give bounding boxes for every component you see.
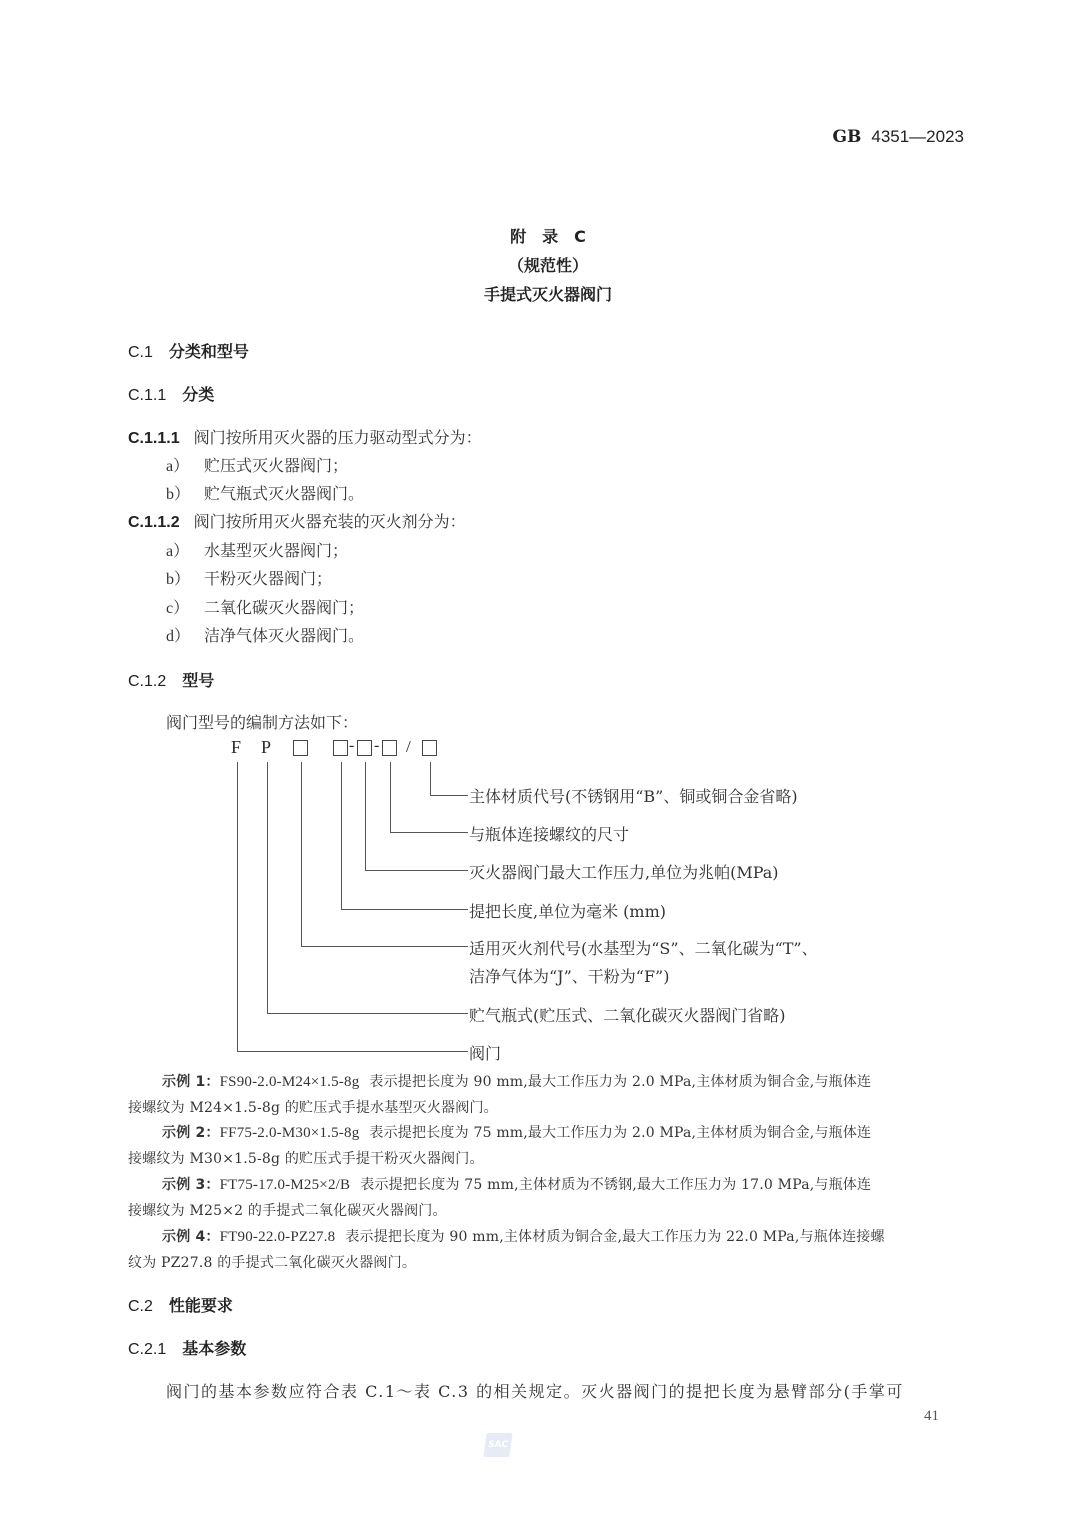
separator: / [406,737,411,757]
section-heading-c1: C.1分类和型号 [128,339,249,362]
example-3-line-1: 示例 3：FT75-17.0-M25×2/B表示提把长度为 75 mm,主体材质… [162,1174,871,1194]
diagram-label-valve: 阀门 [469,1041,501,1064]
clause-c1-1-2: C.1.1.2阀门按所用灭火器充装的灭火剂分为： [128,509,466,532]
annex-name: 手提式灭火器阀门 [0,282,1080,305]
diagram-label-thread: 与瓶体连接螺纹的尺寸 [469,822,629,845]
diagram-label-cartridge: 贮气瓶式(贮压式、二氧化碳灭火器阀门省略) [469,1003,786,1026]
connector-line [341,909,468,910]
connector-line [341,762,342,910]
clause-c2-1-text: 阀门的基本参数应符合表 C.1～表 C.3 的相关规定。灭火器阀门的提把长度为悬… [166,1379,904,1402]
connector-line [301,762,302,947]
example-4-line-1: 示例 4：FT90-22.0-PZ27.8表示提把长度为 90 mm,主体材质为… [162,1226,885,1246]
connector-line [237,762,238,1052]
page-number: 41 [924,1408,939,1425]
standard-prefix: GB [832,127,861,147]
annex-nature: （规范性） [0,253,1080,276]
clause-c1-1-1: C.1.1.1阀门按所用灭火器的压力驱动型式分为： [128,425,482,448]
section-heading-c1-1: C.1.1分类 [128,382,214,405]
section-heading-c2: C.2性能要求 [128,1293,233,1316]
separator: - [349,737,354,755]
sac-logo-icon: SAC [483,1433,512,1457]
diagram-label-material: 主体材质代号(不锈钢用“B”、铜或铜合金省略) [469,784,798,807]
section-heading-c1-2: C.1.2型号 [128,668,214,691]
list-item: a）贮压式灭火器阀门； [166,453,348,476]
connector-line [237,1051,468,1052]
diagram-label-agent-code: 适用灭火剂代号(水基型为“S”、二氧化碳为“T”、 [469,936,818,959]
placeholder-box [422,740,437,759]
standard-number: 4351—2023 [871,127,964,146]
annex-title: 附 录 C [0,224,1080,247]
list-item: b）贮气瓶式灭火器阀门。 [166,481,364,504]
placeholder-box [293,740,308,759]
diagram-label-pressure: 灭火器阀门最大工作压力,单位为兆帕(MPa) [469,860,779,883]
connector-line [365,762,366,871]
separator: - [374,737,379,755]
connector-line [365,870,468,871]
letter-f: F [231,737,241,758]
connector-line [430,762,431,796]
placeholder-box [357,740,372,759]
list-item: b）干粉灭火器阀门； [166,566,332,589]
model-intro: 阀门型号的编制方法如下： [166,710,358,733]
example-4-line-2: 纹为 PZ27.8 的手提式二氧化碳灭火器阀门。 [128,1252,416,1272]
list-item: c）二氧化碳灭火器阀门； [166,595,364,618]
list-item: a）水基型灭火器阀门； [166,538,348,561]
example-1-line-1: 示例 1：FS90-2.0-M24×1.5-8g表示提把长度为 90 mm,最大… [162,1071,871,1091]
connector-line [267,1013,468,1014]
diagram-label-agent-code-cont: 洁净气体为“J”、干粉为“F”) [469,964,669,987]
connector-line [430,795,468,796]
placeholder-box [333,740,348,759]
example-3-line-2: 接螺纹为 M25×2 的手提式二氧化碳灭火器阀门。 [128,1200,447,1220]
connector-line [390,832,468,833]
example-2-line-1: 示例 2：FF75-2.0-M30×1.5-8g表示提把长度为 75 mm,最大… [162,1122,871,1142]
example-1-line-2: 接螺纹为 M24×1.5-8g 的贮压式手提水基型灭火器阀门。 [128,1097,498,1117]
letter-p: P [261,737,271,758]
list-item: d）洁净气体灭火器阀门。 [166,623,364,646]
section-heading-c2-1: C.2.1基本参数 [128,1336,246,1359]
standard-code: GB4351—2023 [832,127,964,147]
placeholder-box [382,740,397,759]
example-2-line-2: 接螺纹为 M30×1.5-8g 的贮压式手提干粉灭火器阀门。 [128,1148,484,1168]
connector-line [390,762,391,833]
diagram-label-handle-length: 提把长度,单位为毫米 (mm) [469,899,666,922]
connector-line [301,946,468,947]
connector-line [267,762,268,1014]
